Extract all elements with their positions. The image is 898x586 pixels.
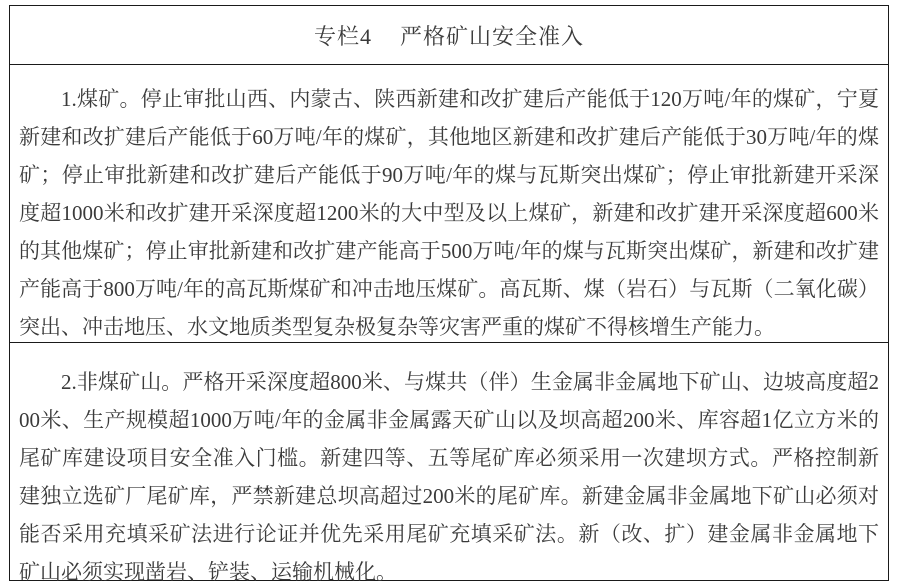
panel-title-text: 严格矿山安全准入 [400, 20, 584, 51]
panel-title-label: 专栏4 [314, 20, 372, 51]
paragraph-coal-mines-text: 1.煤矿。停止审批山西、内蒙古、陕西新建和改扩建后产能低于120万吨/年的煤矿，… [19, 80, 879, 346]
paragraph-row-coal-mines: 1.煤矿。停止审批山西、内蒙古、陕西新建和改扩建后产能低于120万吨/年的煤矿，… [10, 65, 888, 343]
special-column-panel: 专栏4 严格矿山安全准入 1.煤矿。停止审批山西、内蒙古、陕西新建和改扩建后产能… [9, 5, 889, 581]
paragraph-non-coal-mines-text: 2.非煤矿山。严格开采深度超800米、与煤共（伴）生金属非金属地下矿山、边坡高度… [19, 363, 879, 586]
panel-title-row: 专栏4 严格矿山安全准入 [10, 6, 888, 65]
paragraph-row-non-coal-mines: 2.非煤矿山。严格开采深度超800米、与煤共（伴）生金属非金属地下矿山、边坡高度… [10, 343, 888, 581]
